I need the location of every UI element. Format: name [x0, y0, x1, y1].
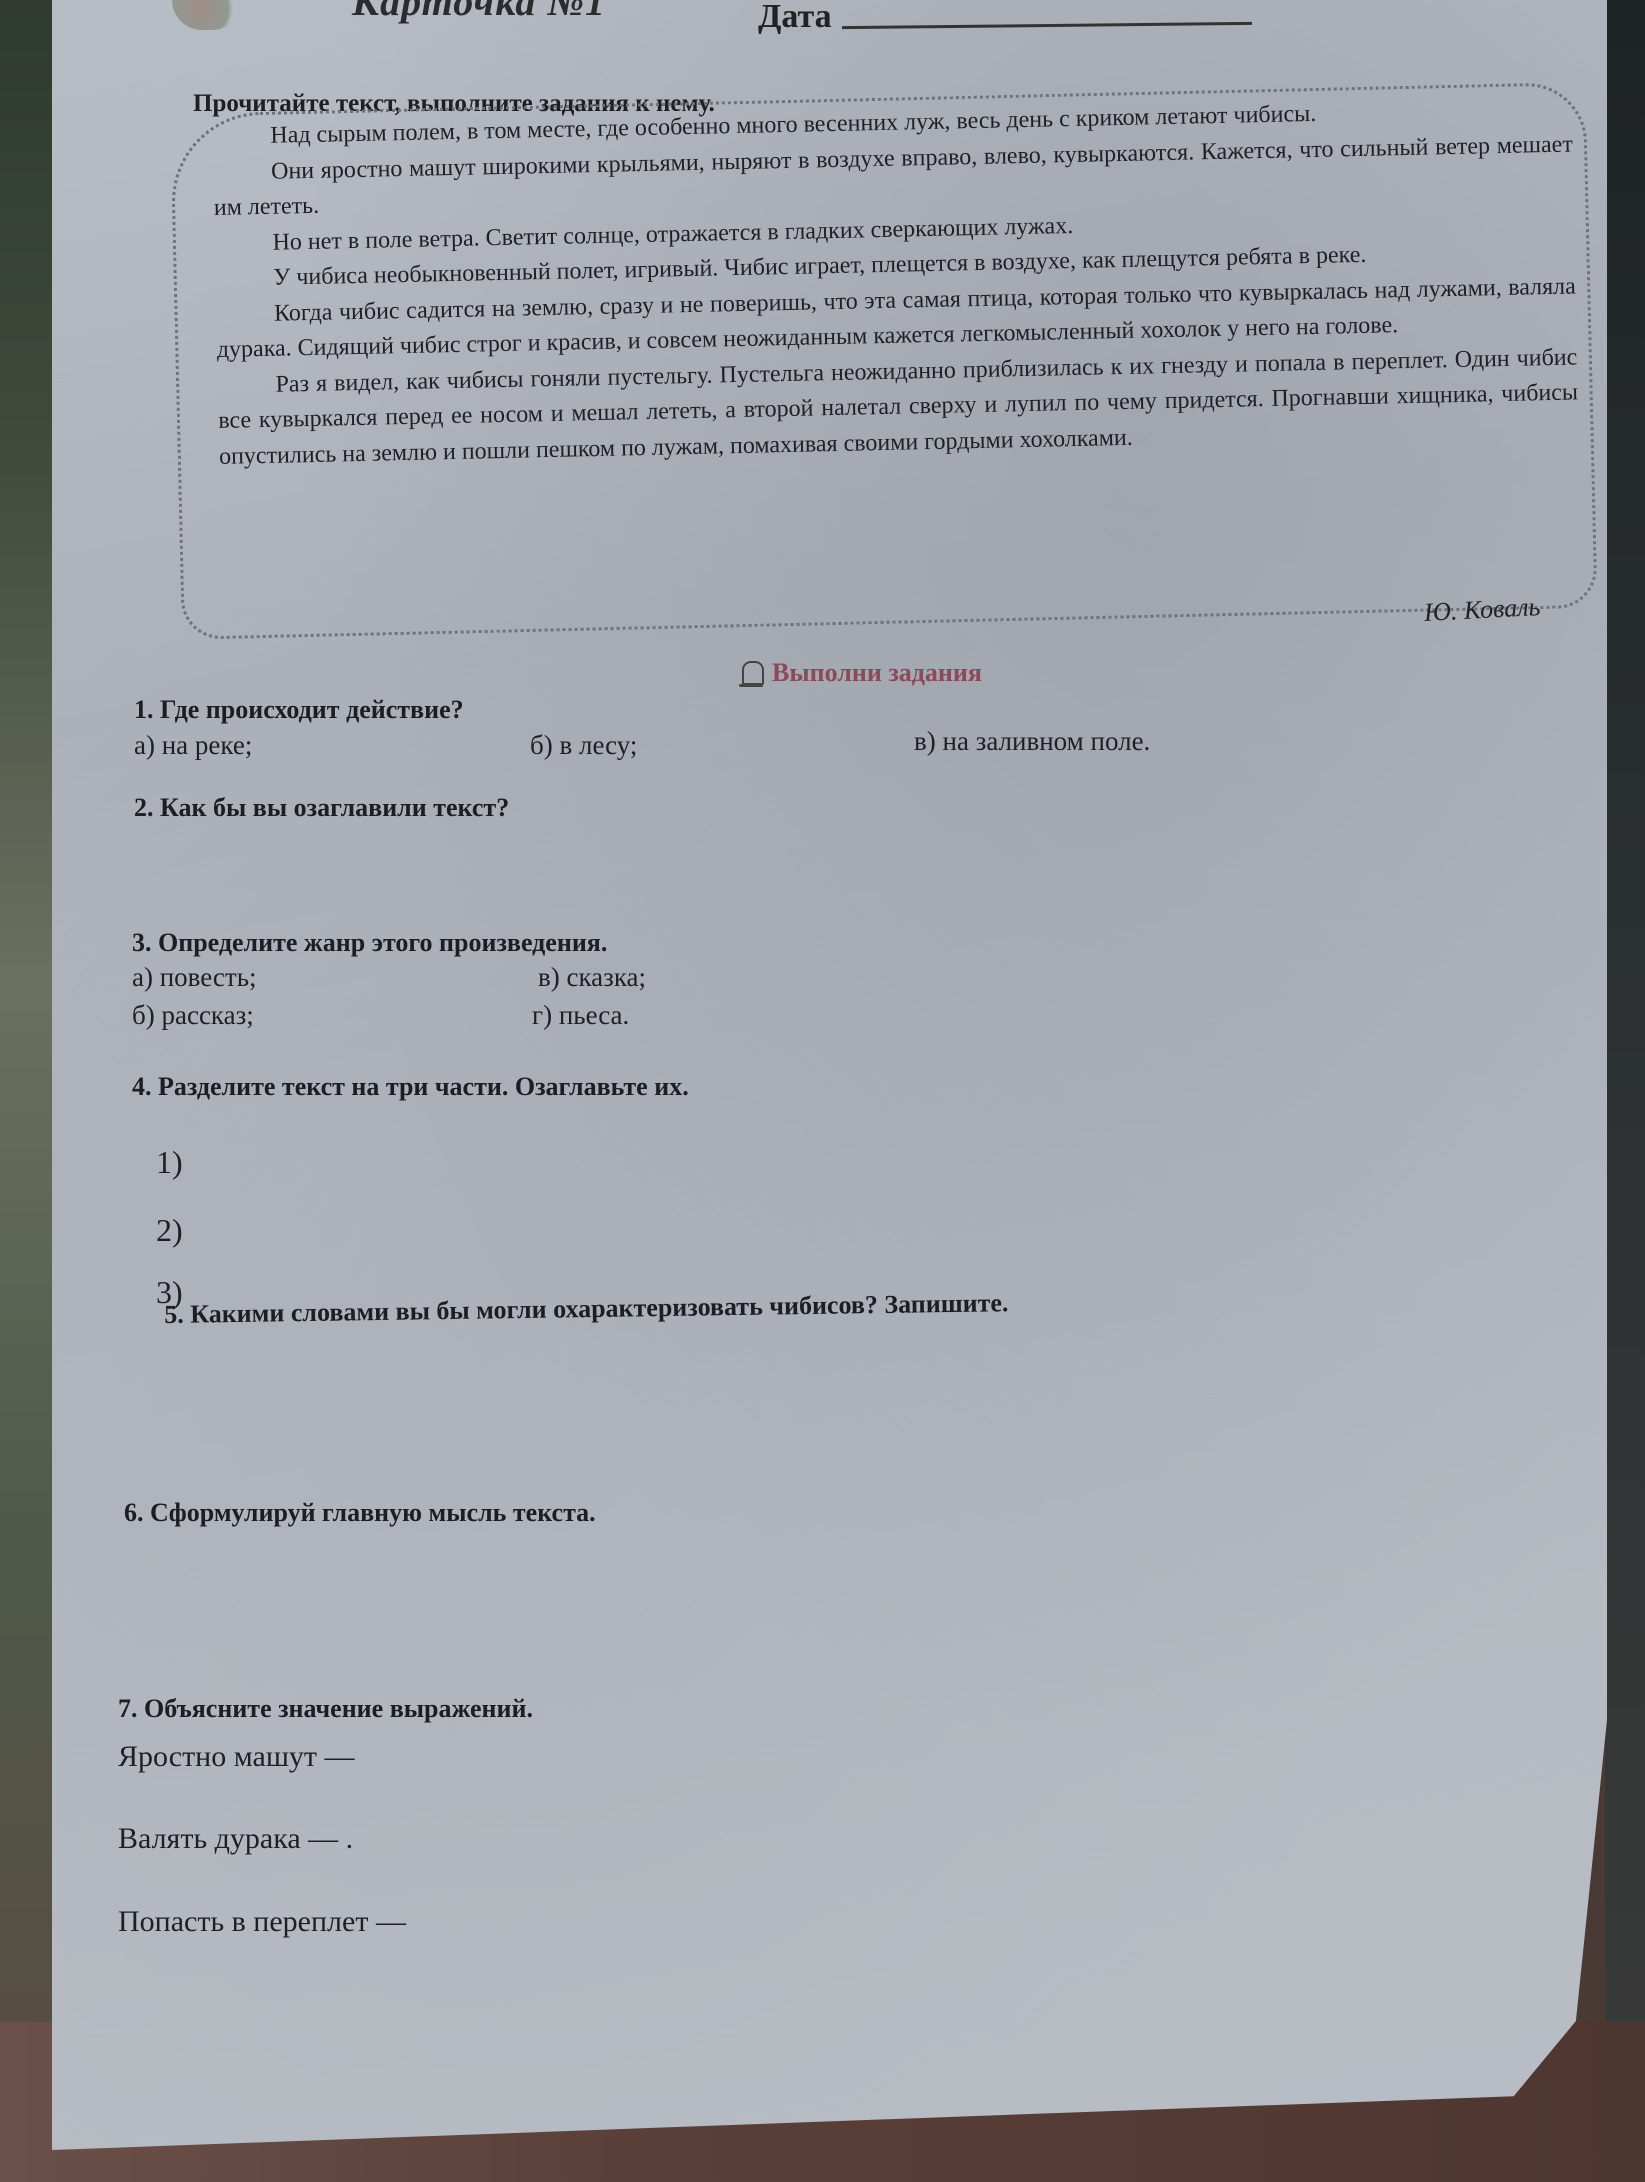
date-label: Дата [758, 0, 832, 36]
q3-option-v[interactable]: в) сказка; [538, 962, 646, 993]
question-2: 2. Как бы вы озаглавили текст? [134, 793, 509, 823]
q4-part-2[interactable]: 2) [156, 1212, 183, 1249]
question-4: 4. Разделите текст на три части. Озаглав… [132, 1072, 689, 1102]
q1-option-a[interactable]: а) на реке; [134, 730, 252, 761]
q1-option-c[interactable]: в) на заливном поле. [914, 726, 1150, 757]
q4-part-1[interactable]: 1) [156, 1144, 183, 1181]
q7-expression-2[interactable]: Валять дурака — . [118, 1822, 353, 1856]
card-title: Карточка №1 [352, 0, 606, 25]
bell-icon [742, 661, 764, 685]
q3-option-b[interactable]: б) рассказ; [132, 1000, 254, 1031]
question-6: 6. Сформулируй главную мысль текста. [124, 1498, 596, 1528]
tasks-heading: Выполни задания [742, 658, 982, 688]
q3-option-a[interactable]: а) повесть; [132, 962, 257, 993]
q5-answer-area[interactable] [132, 1345, 1432, 1485]
q2-answer-area[interactable] [134, 835, 1434, 915]
passage-author: Ю. Коваль [1423, 592, 1541, 628]
question-7: 7. Объясните значение выражений. [118, 1694, 533, 1724]
passage-text: Над сырым полем, в том месте, где особен… [212, 92, 1579, 475]
q7-expression-1[interactable]: Яростно машут — [118, 1740, 355, 1774]
worksheet-page: Карточка №1 Дата Прочитайте текст, выпол… [52, 0, 1607, 2150]
q1-option-b[interactable]: б) в лесу; [530, 730, 637, 761]
question-3: 3. Определите жанр этого произведения. [132, 928, 607, 958]
question-1: 1. Где происходит действие? [134, 695, 464, 725]
q6-answer-area[interactable] [124, 1540, 1424, 1690]
q3-option-g[interactable]: г) пьеса. [532, 1000, 629, 1031]
background-right [1605, 0, 1645, 2182]
tasks-heading-label: Выполни задания [772, 658, 982, 688]
q7-expression-3[interactable]: Попасть в переплет — [118, 1905, 406, 1939]
background-left [0, 0, 60, 2182]
